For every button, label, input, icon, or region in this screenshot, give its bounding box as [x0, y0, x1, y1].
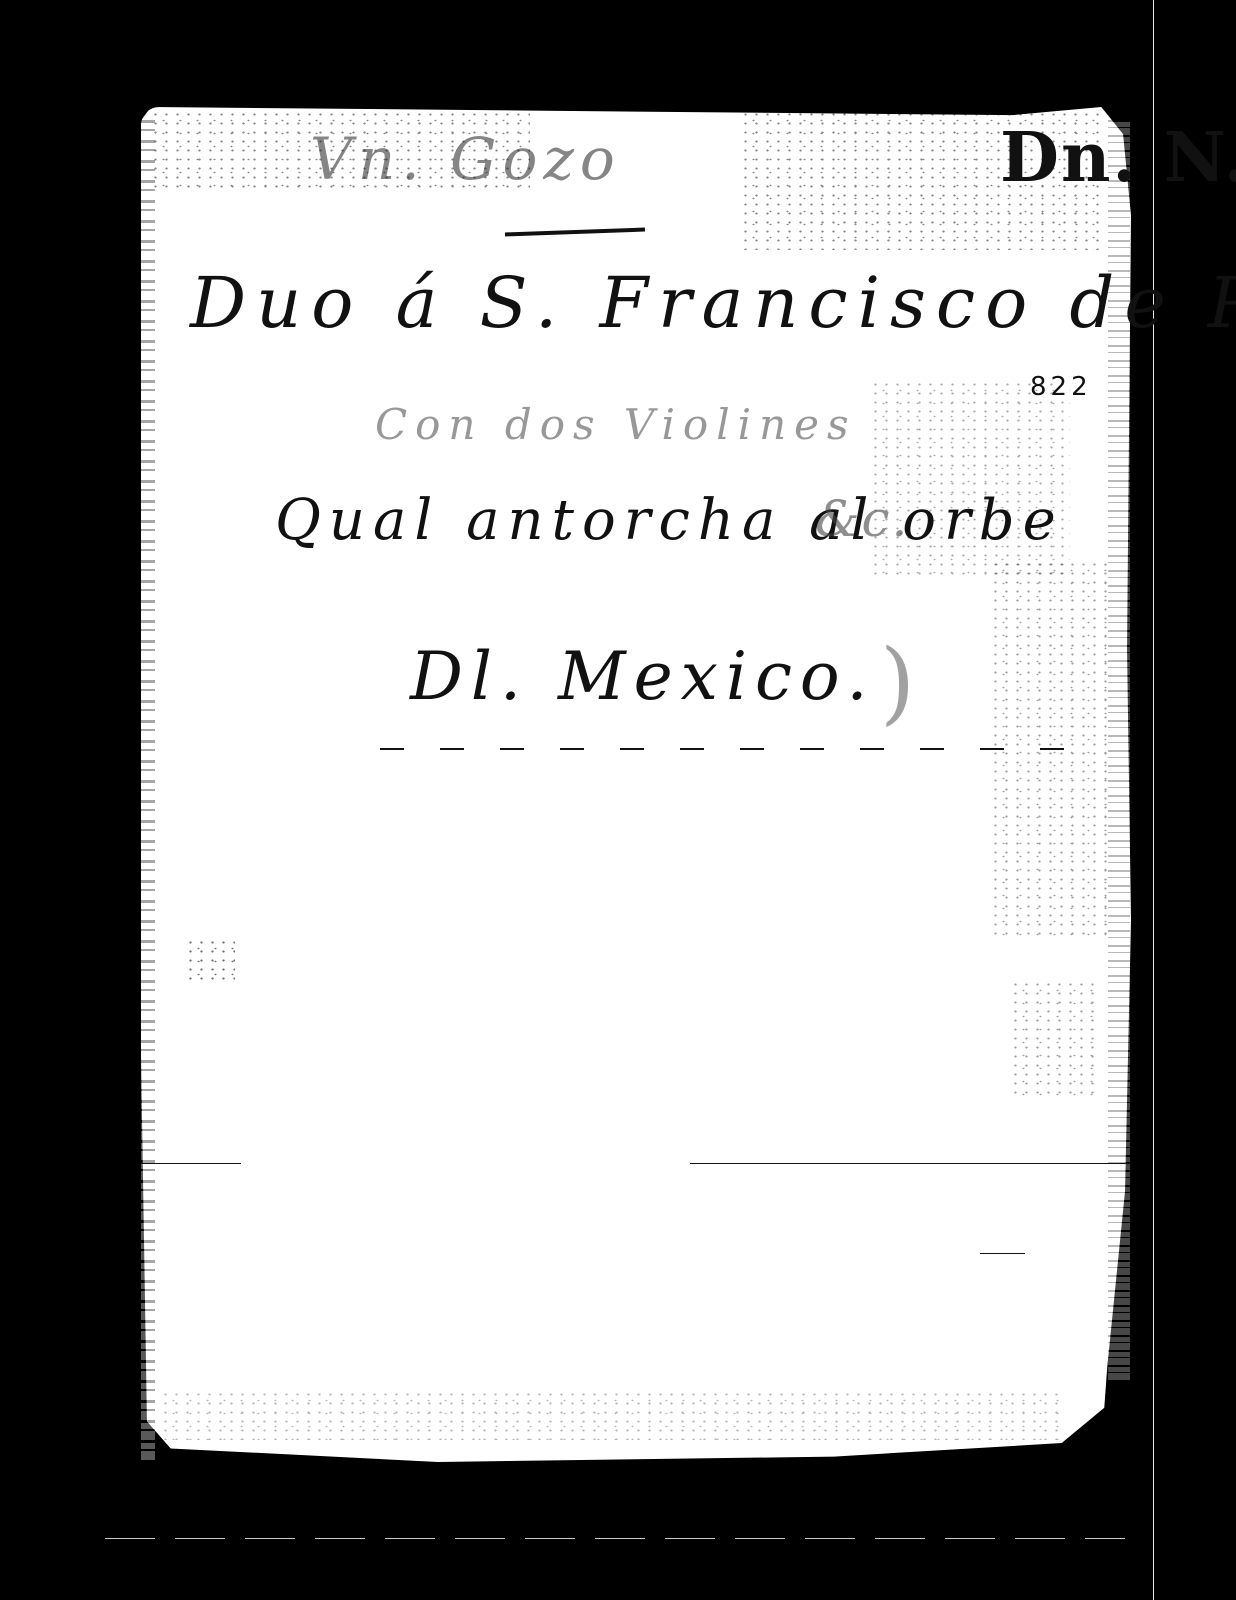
document-heading: Vn. Gozo [310, 125, 621, 193]
scan-artifact-line [105, 1538, 1125, 1539]
closing-parenthesis: ) [880, 630, 917, 735]
scan-border-line [1153, 0, 1154, 1600]
incipit-text: Qual antorcha al orbe [275, 488, 1064, 553]
noise-speckle [160, 1390, 1060, 1440]
ruled-line-fragment [141, 1163, 241, 1164]
page-left-edge-wear [141, 120, 155, 1460]
document-title: Duo á S. Francisco de Paula. [190, 262, 1236, 344]
noise-speckle [1010, 980, 1100, 1100]
catalog-number: 822 [1030, 372, 1092, 402]
ruled-line-fragment [980, 1253, 1025, 1254]
incipit-etcetera: &c. [815, 490, 909, 548]
dashed-divider [380, 748, 1100, 750]
place-of-origin: Dl. Mexico. [410, 638, 875, 715]
ruled-line-fragment [690, 1163, 1130, 1164]
noise-speckle [185, 938, 235, 983]
noise-speckle [990, 560, 1110, 940]
heading-mark: Dn. N. [1000, 118, 1236, 198]
instrumentation-note: Con dos Violines [375, 400, 857, 449]
